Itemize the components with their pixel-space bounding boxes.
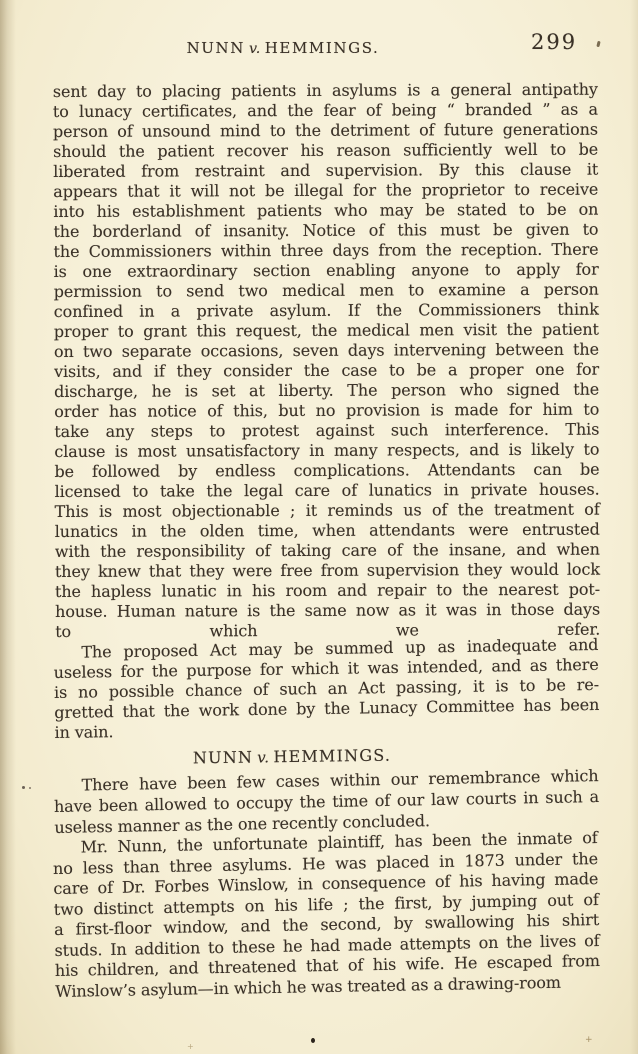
case-heading-left: NUNN xyxy=(193,748,254,768)
text-line: should the patient recover his reason su… xyxy=(53,140,598,162)
text-line: This is most objectionable ; it reminds … xyxy=(55,500,600,522)
text-line: house. Human nature is the same now as i… xyxy=(55,600,600,622)
text-line: on two separate occasions, seven days in… xyxy=(54,340,599,362)
paragraph-case-intro: There have been few cases within our rem… xyxy=(53,765,599,838)
text-line: with the responsibility of taking care o… xyxy=(55,540,600,562)
case-heading: NUNNv.HEMMINGS. xyxy=(193,746,392,768)
ink-speck xyxy=(22,786,25,789)
text-line: they knew that they were free from super… xyxy=(55,560,600,582)
text-line: permission to send two medical men to ex… xyxy=(54,280,599,302)
paragraph-proposed-act: The proposed Act may be summed up as ina… xyxy=(53,635,599,743)
text-line: sent day to placing patients in asylums … xyxy=(53,80,598,102)
text-line: licensed to take the legal care of lunat… xyxy=(55,480,600,502)
ink-speck xyxy=(29,787,31,789)
text-line: be followed by endless complications. At… xyxy=(54,460,599,482)
ink-speck xyxy=(311,1038,315,1043)
text-line: liberated from restraint and supervision… xyxy=(53,160,598,182)
case-heading-versus: v. xyxy=(257,748,269,766)
paragraph-lunacy-bill: sent day to placing patients in asylums … xyxy=(53,80,600,642)
text-line: the borderland of insanity. Notice of th… xyxy=(53,220,598,242)
running-head: NUNNv.HEMMINGS. 299 xyxy=(0,0,638,72)
text-line: confined in a private asylum. If the Com… xyxy=(54,300,599,322)
paper-mark xyxy=(187,1042,194,1051)
text-line: order has notice of this, but no provisi… xyxy=(54,400,599,422)
page-right-shadow xyxy=(630,0,638,1054)
text-line: appears that it will not be illegal for … xyxy=(53,180,598,202)
text-line: take any steps to protest against such i… xyxy=(54,420,599,442)
page-gutter-shadow xyxy=(0,0,16,1054)
text-line: into his establishment patients who may … xyxy=(53,200,598,222)
paper-mark xyxy=(585,1036,593,1045)
text-line: person of unsound mind to the detriment … xyxy=(53,120,598,142)
running-head-versus: v. xyxy=(249,41,261,57)
running-head-title: NUNNv.HEMMINGS. xyxy=(187,39,380,57)
text-line: the Commissioners within three days from… xyxy=(53,240,598,262)
text-line: clause is most unsatisfactory in many re… xyxy=(54,440,599,462)
text-line: the hapless lunatic in his room and repa… xyxy=(55,580,600,602)
page-number: 299 xyxy=(531,30,577,54)
book-page: NUNNv.HEMMINGS. 299 sent day to placing … xyxy=(0,0,638,1054)
text-line: is one extraordinary section enabling an… xyxy=(54,260,599,282)
text-line: proper to grant this request, the medica… xyxy=(54,320,599,342)
text-line: visits, and if they consider the case to… xyxy=(54,360,599,382)
text-line: lunatics in the olden time, when attenda… xyxy=(55,520,600,542)
case-heading-right: HEMMINGS. xyxy=(273,746,391,767)
text-line: discharge, he is set at liberty. The per… xyxy=(54,380,599,402)
running-head-left: NUNN xyxy=(187,39,245,57)
running-head-right: HEMMINGS. xyxy=(265,39,380,57)
paragraph-mr-nunn: Mr. Nunn, the unfortunate plaintiff, has… xyxy=(52,828,600,1002)
text-line: to lunacy certificates, and the fear of … xyxy=(53,100,598,122)
